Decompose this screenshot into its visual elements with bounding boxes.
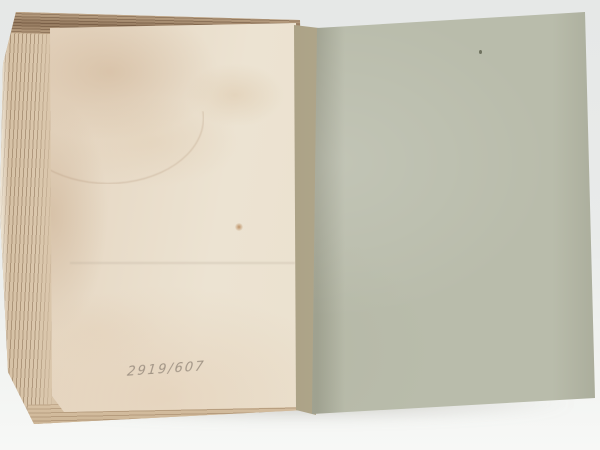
foxing-spot (235, 223, 243, 231)
pencil-inscription: 2919/607 (126, 358, 237, 379)
photo-of-open-book: 2919/607 (0, 0, 600, 450)
cover-speck (479, 50, 482, 54)
page-stack-fore-edge (0, 0, 58, 450)
